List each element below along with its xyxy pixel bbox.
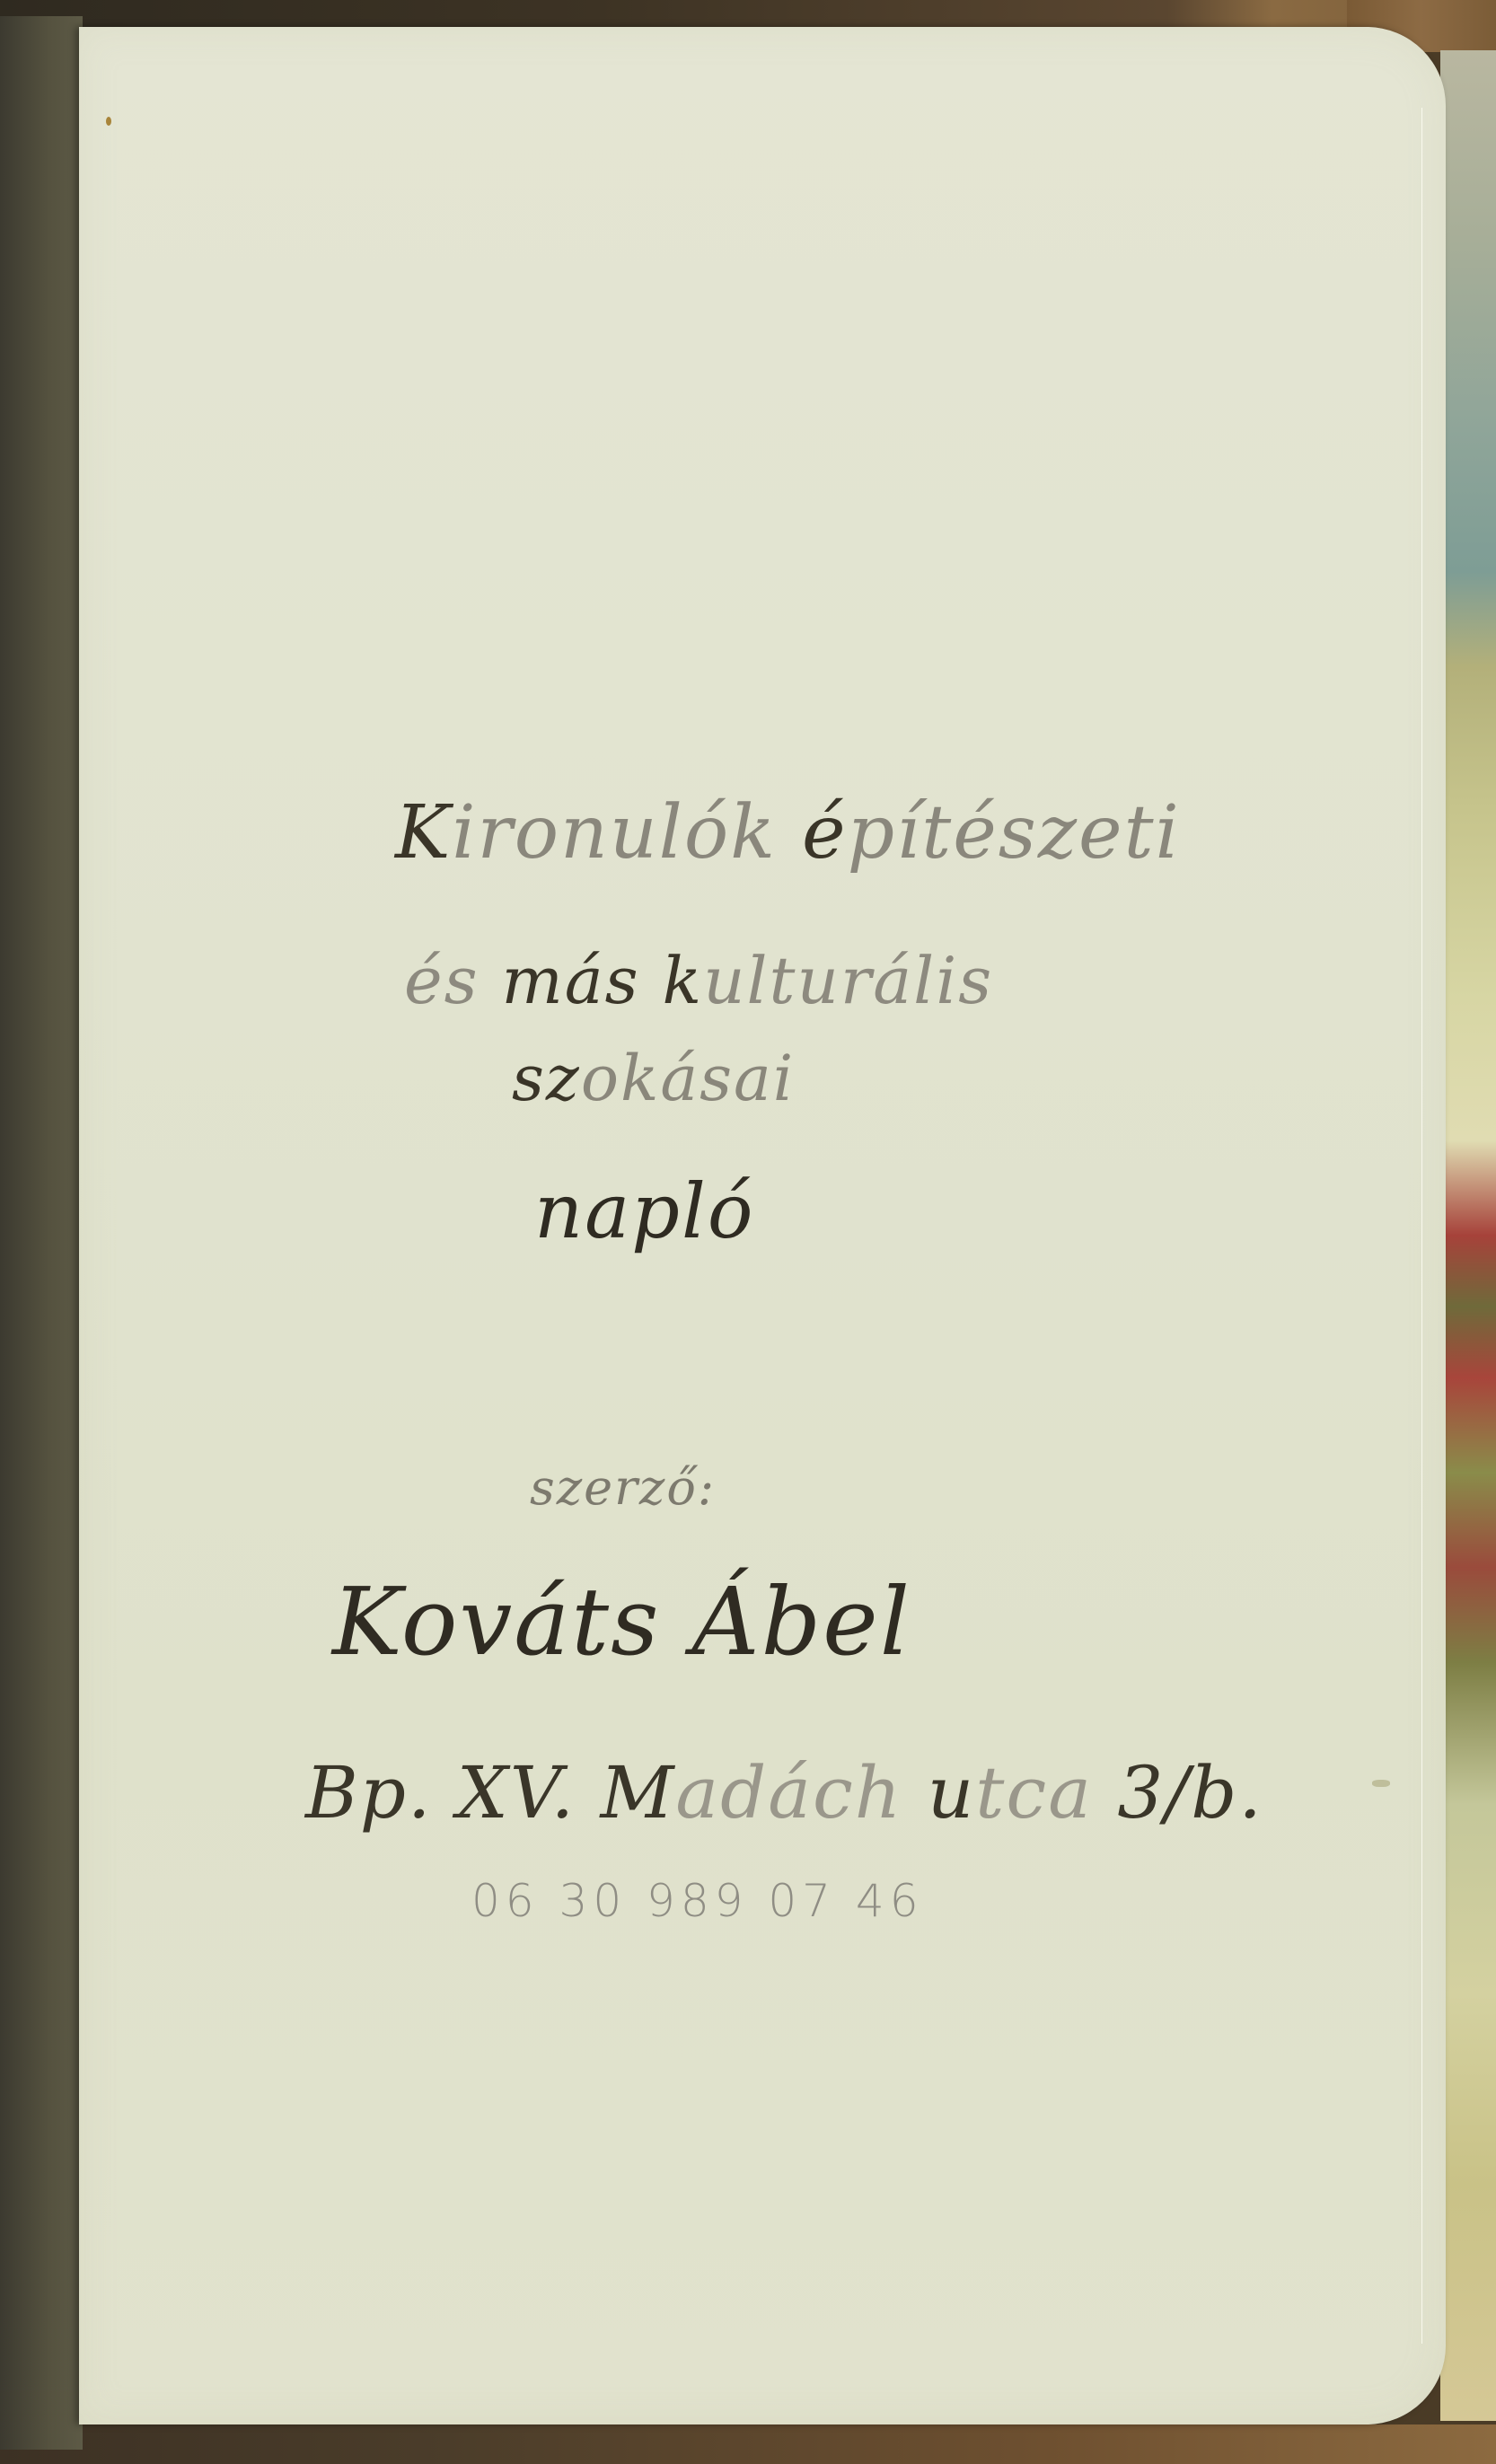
title-line-3: szokásai xyxy=(512,1042,795,1115)
notebook-page xyxy=(79,27,1446,2424)
title-line-2: és más kulturális xyxy=(404,943,993,1018)
notebook-cover-left xyxy=(0,16,83,2450)
paper-speck xyxy=(106,117,111,126)
title-line-4-naplo: napló xyxy=(534,1167,754,1255)
author-phone: 06 30 989 07 46 xyxy=(471,1875,924,1927)
author-name: Kováts Ábel xyxy=(332,1567,911,1676)
paper-smudge xyxy=(1372,1780,1390,1787)
illustrated-page-edge xyxy=(1440,50,1496,2421)
background-table-bottom xyxy=(0,2424,1496,2464)
title-line-1: Kironulók építészeti xyxy=(395,790,1181,876)
author-label: szerző: xyxy=(530,1459,716,1516)
author-address: Bp. XV. Madách utca 3/b. xyxy=(305,1751,1263,1835)
